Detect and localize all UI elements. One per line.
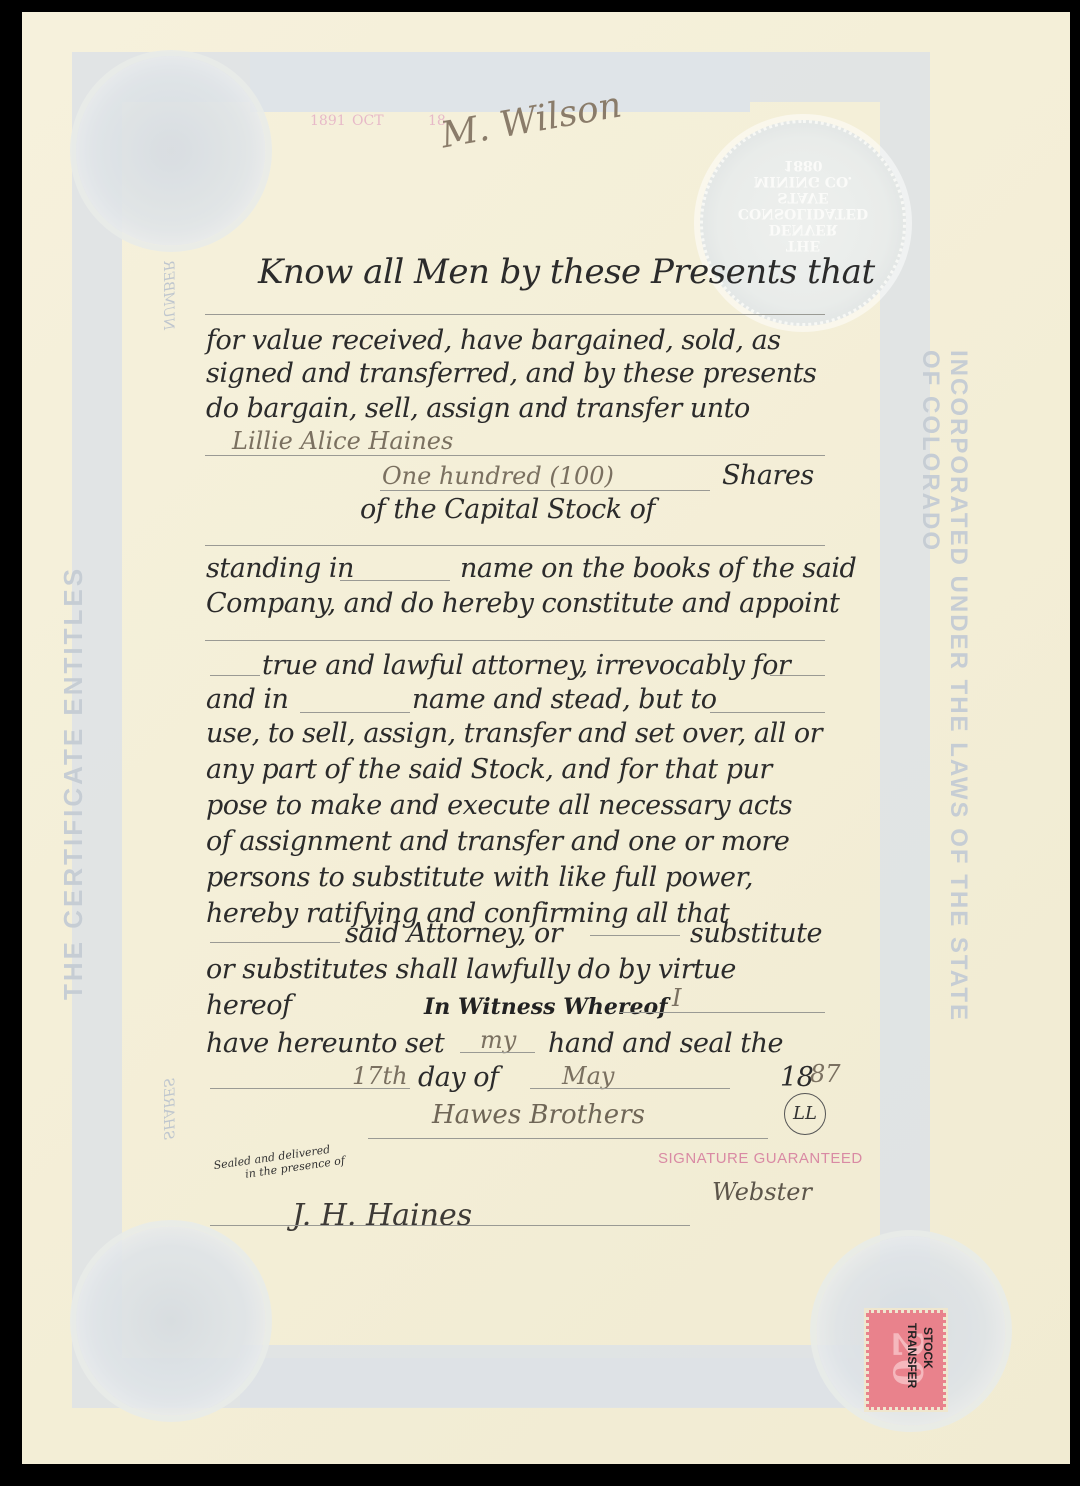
- body-purpose: pose to make and execute all necessary a…: [206, 790, 792, 821]
- rule: [205, 455, 825, 456]
- body-use: use, to sell, assign, transfer and set o…: [206, 718, 822, 749]
- blank-line: [210, 942, 340, 943]
- blank-line: [460, 1052, 535, 1053]
- body-shares: Shares: [722, 460, 814, 491]
- top-border-band: [250, 52, 750, 112]
- body-persons: persons to substitute with like full pow…: [206, 862, 753, 893]
- body-assignment: of assignment and transfer and one or mo…: [206, 826, 789, 857]
- witness-heading: In Witness Whereof: [424, 994, 668, 1020]
- transferee-name: Lillie Alice Haines: [232, 427, 453, 455]
- rule: [205, 545, 825, 546]
- body-substitute: substitute: [690, 918, 822, 949]
- handwritten-i: I: [672, 984, 681, 1012]
- seal-monogram: LL: [784, 1093, 826, 1135]
- blank-attorney-line: [210, 675, 260, 676]
- bottom-border-band: [240, 1345, 860, 1407]
- embossed-company-seal: 1880 MINING CO. STAVE CONSOLIDATED DENVE…: [700, 120, 906, 326]
- body-company: Company, and do hereby constitute and ap…: [206, 588, 839, 619]
- body-books: name on the books of the said: [460, 553, 856, 584]
- body-line-3: do bargain, sell, assign and transfer un…: [206, 393, 750, 424]
- rule: [205, 314, 825, 315]
- witness-signature: J. H. Haines: [292, 1198, 472, 1233]
- blank-name-line: [340, 580, 450, 581]
- guarantor-signature: Webster: [712, 1178, 812, 1206]
- seal-line: STAVE: [703, 189, 903, 205]
- border-text-right: INCORPORATED UNDER THE LAWS OF THE STATE…: [932, 350, 972, 1050]
- blank-line: [710, 712, 825, 713]
- blank-line: [590, 935, 680, 936]
- blank-line: [300, 712, 410, 713]
- signature-hawes-brothers: Hawes Brothers: [432, 1100, 645, 1130]
- body-substitutes: or substitutes shall lawfully do by virt…: [206, 954, 736, 985]
- handwritten-year-suffix: 87: [810, 1060, 841, 1088]
- seal-line: THE: [703, 237, 903, 253]
- stock-transfer-revenue-stamp: 20 STOCK TRANSFER: [866, 1310, 946, 1410]
- share-count: One hundred (100): [382, 462, 614, 490]
- cancel-date-month: OCT: [352, 113, 384, 129]
- body-line-2: signed and transferred, and by these pre…: [206, 358, 816, 389]
- handwritten-my: my: [480, 1026, 516, 1054]
- body-and-in: and in: [206, 684, 288, 715]
- signature-line: [368, 1138, 768, 1139]
- body-said-attorney: said Attorney, or: [345, 918, 562, 949]
- body-line-1: for value received, have bargained, sold…: [206, 325, 781, 356]
- handwritten-day: 17th: [352, 1062, 408, 1090]
- handwritten-month: May: [562, 1062, 614, 1090]
- signature-guaranteed-stamp: SIGNATURE GUARANTEED: [658, 1150, 863, 1167]
- seal-line: DENVER: [703, 221, 903, 237]
- blank-line: [530, 1088, 730, 1089]
- stamp-label-transfer: TRANSFER: [905, 1323, 919, 1388]
- faint-label-number: NUMBER: [160, 261, 176, 330]
- border-text-left: THE CERTIFICATE ENTITLES: [58, 440, 98, 1000]
- body-hereof: hereof: [206, 990, 292, 1021]
- body-year-prefix: 18: [780, 1062, 813, 1093]
- blank-line: [770, 675, 825, 676]
- body-day-of: day of: [418, 1062, 498, 1093]
- body-name-stead: name and stead, but to: [412, 684, 716, 715]
- rule: [380, 490, 710, 491]
- cancel-date-year: 1891: [310, 113, 346, 129]
- body-hand-seal: hand and seal the: [548, 1028, 783, 1059]
- seal-line: CONSOLIDATED: [703, 205, 903, 221]
- heading-know-all-men: Know all Men by these Presents that: [258, 252, 875, 292]
- faint-label-shares: SHARES: [160, 1078, 176, 1140]
- body-capital-stock: of the Capital Stock of: [360, 494, 655, 525]
- stamp-label-stock: STOCK: [921, 1327, 935, 1369]
- witness-line: [210, 1225, 690, 1226]
- body-any-part: any part of the said Stock, and for that…: [206, 754, 772, 785]
- blank-line: [210, 1088, 410, 1089]
- corner-rosette-top-left: [70, 50, 272, 252]
- corner-rosette-bottom-left: [70, 1220, 272, 1422]
- body-standing-in: standing in: [206, 553, 354, 584]
- seal-year: 1880: [703, 157, 903, 173]
- blank-line: [620, 1012, 825, 1013]
- body-hereunto: have hereunto set: [206, 1028, 444, 1059]
- seal-line: MINING CO.: [703, 173, 903, 189]
- rule: [205, 640, 825, 641]
- body-attorney: true and lawful attorney, irrevocably fo…: [262, 650, 790, 681]
